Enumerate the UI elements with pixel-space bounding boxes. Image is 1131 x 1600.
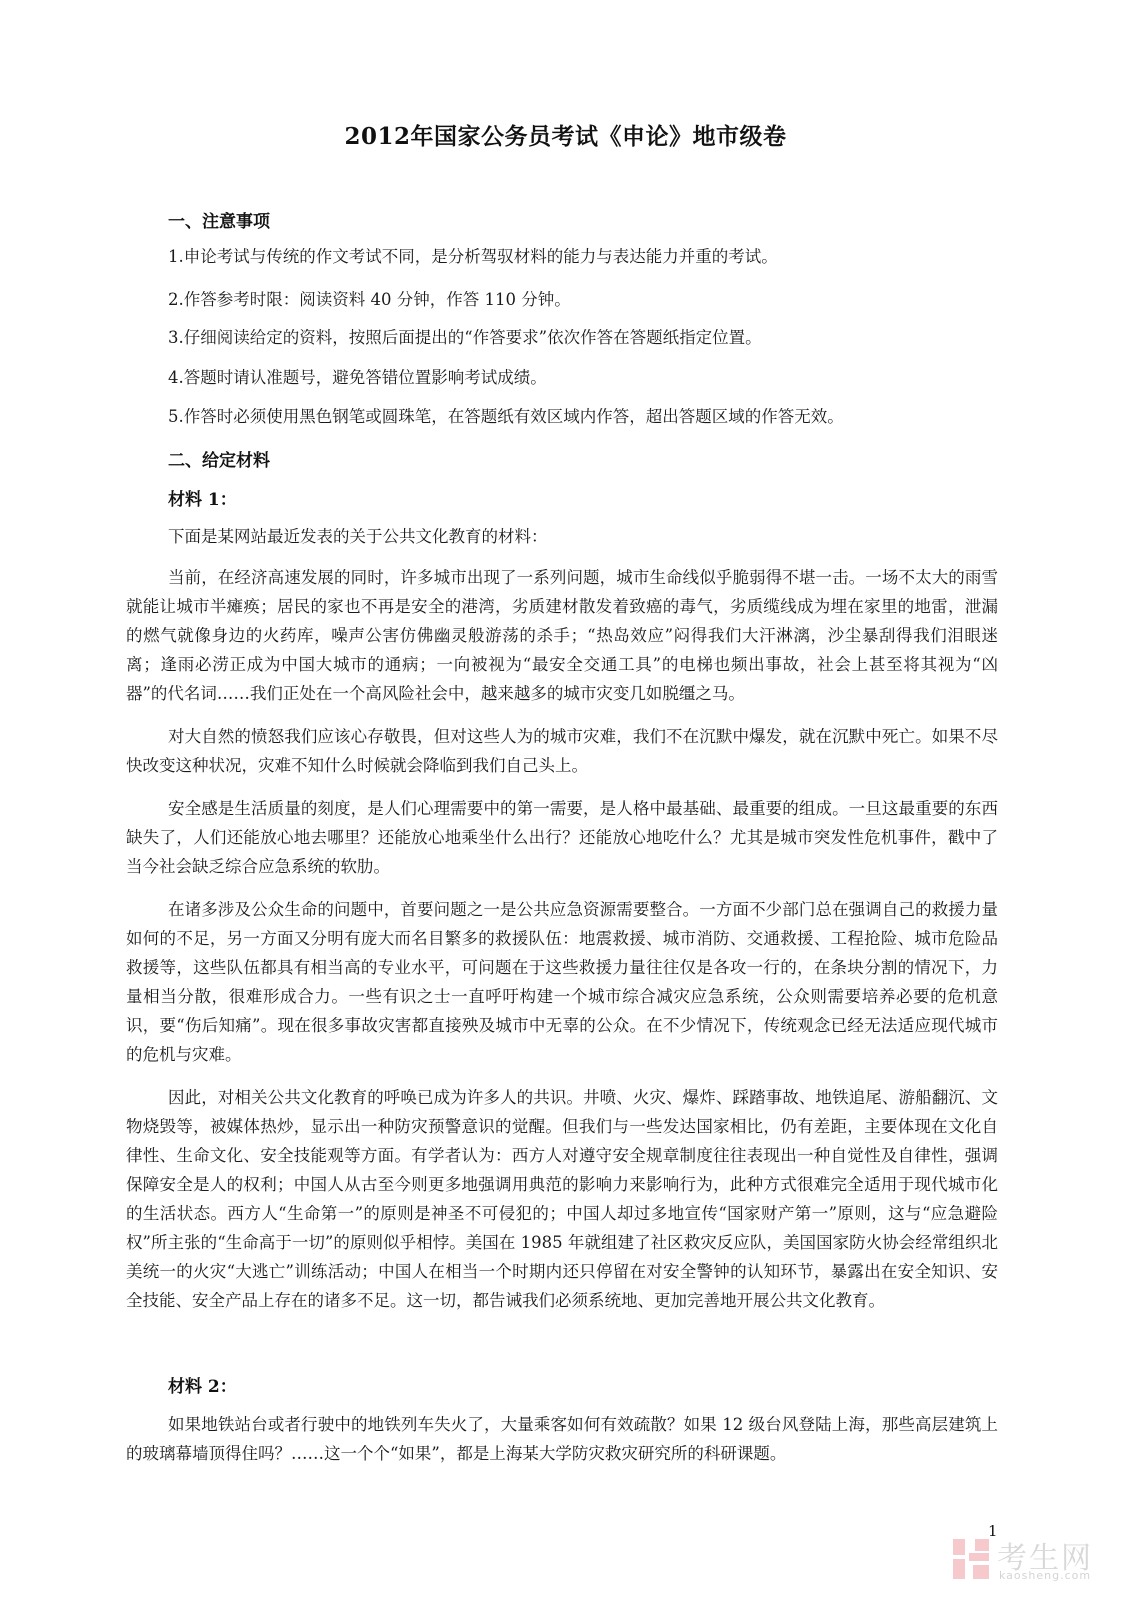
material-2-paragraph: 如果地铁站台或者行驶中的地铁列车失火了，大量乘客如何有效疏散？如果 12 级台风… bbox=[126, 1410, 998, 1468]
section-heading-materials: 二、给定材料 bbox=[168, 446, 270, 471]
note-item-1: 1.申论考试与传统的作文考试不同，是分析驾驭材料的能力与表达能力并重的考试。 bbox=[168, 245, 778, 269]
section-heading-notes: 一、注意事项 bbox=[168, 207, 270, 232]
material-1-intro: 下面是某网站最近发表的关于公共文化教育的材料： bbox=[168, 525, 548, 549]
document-title: 2012年国家公务员考试《申论》地市级卷 bbox=[0, 118, 1131, 151]
material-1-paragraph: 因此，对相关公共文化教育的呼唤已成为许多人的共识。井喷、火灾、爆炸、踩踏事故、地… bbox=[126, 1083, 998, 1315]
material-1-paragraph: 安全感是生活质量的刻度，是人们心理需要中的第一需要，是人格中最基础、最重要的组成… bbox=[126, 794, 998, 881]
material-1-label: 材料 1： bbox=[168, 485, 237, 510]
material-1-paragraph: 当前，在经济高速发展的同时，许多城市出现了一系列问题，城市生命线似乎脆弱得不堪一… bbox=[126, 563, 998, 708]
material-1-body: 当前，在经济高速发展的同时，许多城市出现了一系列问题，城市生命线似乎脆弱得不堪一… bbox=[126, 563, 998, 1315]
material-2-label: 材料 2： bbox=[168, 1372, 237, 1397]
note-item-4: 4.答题时请认准题号，避免答错位置影响考试成绩。 bbox=[168, 366, 547, 390]
kaosheng-logo-icon bbox=[953, 1539, 989, 1579]
watermark: 考生网 kaosheng.com bbox=[945, 1533, 1125, 1583]
document-page: 2012年国家公务员考试《申论》地市级卷 一、注意事项 1.申论考试与传统的作文… bbox=[0, 0, 1131, 1600]
watermark-domain: kaosheng.com bbox=[999, 1569, 1091, 1582]
material-1-paragraph: 在诸多涉及公众生命的问题中，首要问题之一是公共应急资源需要整合。一方面不少部门总… bbox=[126, 895, 998, 1069]
material-2-body: 如果地铁站台或者行驶中的地铁列车失火了，大量乘客如何有效疏散？如果 12 级台风… bbox=[126, 1410, 998, 1468]
note-item-3: 3.仔细阅读给定的资料，按照后面提出的“作答要求”依次作答在答题纸指定位置。 bbox=[168, 326, 762, 350]
material-1-paragraph: 对大自然的愤怒我们应该心存敬畏，但对这些人为的城市灾难，我们不在沉默中爆发，就在… bbox=[126, 722, 998, 780]
note-item-2: 2.作答参考时限：阅读资料 40 分钟，作答 110 分钟。 bbox=[168, 288, 571, 312]
note-item-5: 5.作答时必须使用黑色钢笔或圆珠笔，在答题纸有效区域内作答，超出答题区域的作答无… bbox=[168, 405, 844, 429]
